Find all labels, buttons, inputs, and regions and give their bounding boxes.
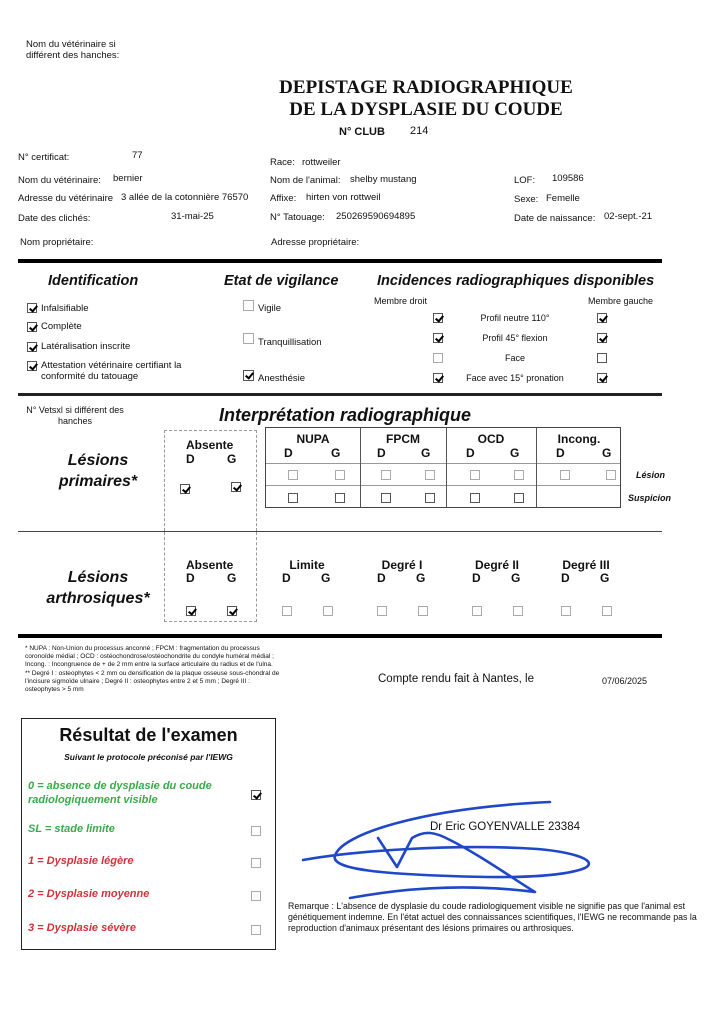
certificat-label: N° certificat: <box>18 152 69 163</box>
suspicion-checkbox[interactable] <box>470 493 480 503</box>
club-value: 214 <box>410 125 428 137</box>
interpretation-heading: Interprétation radiographique <box>219 405 471 426</box>
race-value: rottweiler <box>302 157 341 168</box>
col-d-label: D <box>472 571 481 585</box>
lesion-checkbox[interactable] <box>606 470 616 480</box>
date-cliches-value: 31-mai-25 <box>171 211 214 222</box>
divider <box>18 259 662 263</box>
incidence-left-checkbox[interactable] <box>597 373 607 383</box>
incidence-label: Profil 45° flexion <box>445 333 585 343</box>
arthro-checkbox[interactable] <box>418 606 428 616</box>
anesthesie-checkbox[interactable] <box>243 370 254 381</box>
birth-value: 02-sept.-21 <box>604 211 652 222</box>
lof-value: 109586 <box>552 173 584 184</box>
arthro-checkbox[interactable] <box>323 606 333 616</box>
result-box: Résultat de l'examen Suivant le protocol… <box>21 718 276 950</box>
primary-lesions-table: NUPADGFPCMDGOCDDGIncong.DG <box>265 427 621 508</box>
tranquillisation-label: Tranquillisation <box>258 337 322 348</box>
result-option-checkbox[interactable] <box>251 858 261 868</box>
col-d-label: D <box>556 446 565 460</box>
result-option-checkbox[interactable] <box>251 925 261 935</box>
vet-name-label: Nom du vétérinaire: <box>18 175 101 186</box>
primary-absente-g: G <box>227 452 236 466</box>
col-g-label: G <box>510 446 519 460</box>
result-option-label: SL = stade limite <box>28 822 233 836</box>
result-option-checkbox[interactable] <box>251 790 261 800</box>
remark-text: Remarque : L'absence de dysplasie du cou… <box>288 901 698 934</box>
col-d-label: D <box>284 446 293 460</box>
complete-checkbox[interactable] <box>27 322 37 332</box>
absente-arthro-box <box>164 532 257 622</box>
divider <box>18 531 662 532</box>
sexe-label: Sexe: <box>514 194 538 205</box>
incidence-left-checkbox[interactable] <box>597 353 607 363</box>
attestation-checkbox[interactable] <box>27 361 37 371</box>
page-title-line2: DE LA DYSPLASIE DU COUDE <box>226 99 626 121</box>
col-g-label: G <box>600 571 609 585</box>
col-g-label: G <box>511 571 520 585</box>
suspicion-checkbox[interactable] <box>514 493 524 503</box>
incidence-right-checkbox[interactable] <box>433 353 443 363</box>
lateralisation-checkbox[interactable] <box>27 342 37 352</box>
owner-name-label: Nom propriétaire: <box>20 237 93 248</box>
signatory-name: Dr Eric GOYENVALLE 23384 <box>430 821 580 833</box>
animal-name-label: Nom de l'animal: <box>270 175 340 186</box>
primary-absente-g-checkbox[interactable] <box>231 482 241 492</box>
incidence-right-checkbox[interactable] <box>433 373 443 383</box>
vet-address-label: Adresse du vétérinaire <box>18 193 113 204</box>
suspicion-row-label: Suspicion <box>628 493 671 503</box>
infalsifiable-label: Infalsifiable <box>41 303 89 314</box>
tatouage-label: N° Tatouage: <box>270 212 325 223</box>
col-d-label: D <box>282 571 291 585</box>
arthro-checkbox[interactable] <box>602 606 612 616</box>
lesion-row-label: Lésion <box>636 470 665 480</box>
arthro-absente-d-checkbox[interactable] <box>186 606 196 616</box>
arthro-checkbox[interactable] <box>472 606 482 616</box>
affixe-value: hirten von rottweil <box>306 192 380 203</box>
arthro-col-header: Degré I <box>367 558 437 572</box>
footnote-2: ** Degré I : osteophytes < 2 mm ou densi… <box>25 670 280 695</box>
result-option-label: 2 = Dysplasie moyenne <box>28 887 233 901</box>
col-g-label: G <box>416 571 425 585</box>
lesion-checkbox[interactable] <box>335 470 345 480</box>
result-option-checkbox[interactable] <box>251 826 261 836</box>
col-g-label: G <box>421 446 430 460</box>
arthro-absente-header: Absente <box>186 558 233 572</box>
arthro-absente-g: G <box>227 571 236 585</box>
footnotes: * NUPA : Non-Union du processus anconné … <box>25 645 280 694</box>
arthro-col-header: Degré III <box>551 558 621 572</box>
incidence-left-checkbox[interactable] <box>597 313 607 323</box>
incidence-label: Face avec 15° pronation <box>445 373 585 383</box>
page-title-line1: DEPISTAGE RADIOGRAPHIQUE <box>226 77 626 99</box>
arthro-checkbox[interactable] <box>282 606 292 616</box>
suspicion-checkbox[interactable] <box>288 493 298 503</box>
race-label: Race: <box>270 157 295 168</box>
incidence-left-checkbox[interactable] <box>597 333 607 343</box>
tatouage-value: 250269590694895 <box>336 211 415 222</box>
primary-lesions-label: Lésions primaires* <box>30 450 166 492</box>
animal-name-value: shelby mustang <box>350 174 417 185</box>
primary-absente-d-checkbox[interactable] <box>180 484 190 494</box>
result-option-label: 1 = Dysplasie légère <box>28 854 233 868</box>
col-d-label: D <box>561 571 570 585</box>
report-place-label: Compte rendu fait à Nantes, le <box>378 673 534 685</box>
result-option-label: 3 = Dysplasie sévère <box>28 921 233 935</box>
primary-col-header: OCD <box>446 432 536 446</box>
vet-name-value: bernier <box>113 173 143 184</box>
lateralisation-label: Latéralisation inscrite <box>41 341 130 352</box>
certificat-value: 77 <box>132 150 143 161</box>
arthro-absente-g-checkbox[interactable] <box>227 606 237 616</box>
suspicion-checkbox[interactable] <box>425 493 435 503</box>
primary-absente-d: D <box>186 452 195 466</box>
lesion-checkbox[interactable] <box>288 470 298 480</box>
primary-col-header: NUPA <box>266 432 360 446</box>
suspicion-checkbox[interactable] <box>335 493 345 503</box>
footnote-1: * NUPA : Non-Union du processus anconné … <box>25 645 280 670</box>
arthro-checkbox[interactable] <box>513 606 523 616</box>
vigile-label: Vigile <box>258 303 281 314</box>
incidence-right-checkbox[interactable] <box>433 313 443 323</box>
vigile-checkbox[interactable] <box>243 300 254 311</box>
col-g-label: G <box>321 571 330 585</box>
incidences-heading: Incidences radiographiques disponibles <box>377 273 654 289</box>
result-option-checkbox[interactable] <box>251 891 261 901</box>
divider <box>18 634 662 638</box>
result-subheading: Suivant le protocole préconisé par l'IEW… <box>22 752 275 762</box>
incidence-label: Profil neutre 110° <box>445 313 585 323</box>
identification-heading: Identification <box>48 273 138 289</box>
attestation-label: Attestation vétérinaire certifiant la co… <box>41 360 201 382</box>
affixe-label: Affixe: <box>270 193 296 204</box>
lesion-checkbox[interactable] <box>381 470 391 480</box>
incidence-right-checkbox[interactable] <box>433 333 443 343</box>
vigilance-heading: Etat de vigilance <box>224 273 338 289</box>
primary-col-header: Incong. <box>536 432 622 446</box>
vetsxl-label: N° Vetsxl si différent des hanches <box>25 405 125 427</box>
col-d-label: D <box>377 571 386 585</box>
suspicion-checkbox[interactable] <box>381 493 391 503</box>
col-d-label: D <box>466 446 475 460</box>
lesion-checkbox[interactable] <box>425 470 435 480</box>
primary-absente-header: Absente <box>186 438 233 452</box>
tranquillisation-checkbox[interactable] <box>243 333 254 344</box>
left-limb-label: Membre gauche <box>588 296 653 306</box>
lesion-checkbox[interactable] <box>560 470 570 480</box>
lesion-checkbox[interactable] <box>470 470 480 480</box>
club-label: N° CLUB <box>339 126 385 138</box>
col-g-label: G <box>331 446 340 460</box>
incidence-label: Face <box>445 353 585 363</box>
arthro-lesions-label: Lésions arthrosiques* <box>30 567 166 609</box>
infalsifiable-checkbox[interactable] <box>27 303 37 313</box>
divider <box>18 393 662 396</box>
result-heading: Résultat de l'examen <box>22 725 275 746</box>
col-d-label: D <box>377 446 386 460</box>
col-g-label: G <box>602 446 611 460</box>
lof-label: LOF: <box>514 175 535 186</box>
vet-address-value: 3 allée de la cotonnière 76570 <box>121 192 248 203</box>
lesion-checkbox[interactable] <box>514 470 524 480</box>
report-date: 07/06/2025 <box>602 676 647 686</box>
arthro-checkbox[interactable] <box>561 606 571 616</box>
anesthesie-label: Anesthésie <box>258 373 305 384</box>
complete-label: Complète <box>41 321 82 332</box>
right-limb-label: Membre droit <box>374 296 427 306</box>
date-cliches-label: Date des clichés: <box>18 213 90 224</box>
result-option-label: 0 = absence de dysplasie du coude radiol… <box>28 779 233 807</box>
arthro-col-header: Degré II <box>462 558 532 572</box>
birth-label: Date de naissance: <box>514 213 595 224</box>
sexe-value: Femelle <box>546 193 580 204</box>
primary-col-header: FPCM <box>360 432 446 446</box>
signature-scribble <box>300 790 630 900</box>
vet-if-different-label: Nom du vétérinaire si différent des hanc… <box>26 39 126 61</box>
owner-address-label: Adresse propriétaire: <box>271 237 359 248</box>
arthro-checkbox[interactable] <box>377 606 387 616</box>
arthro-col-header: Limite <box>272 558 342 572</box>
arthro-absente-d: D <box>186 571 195 585</box>
